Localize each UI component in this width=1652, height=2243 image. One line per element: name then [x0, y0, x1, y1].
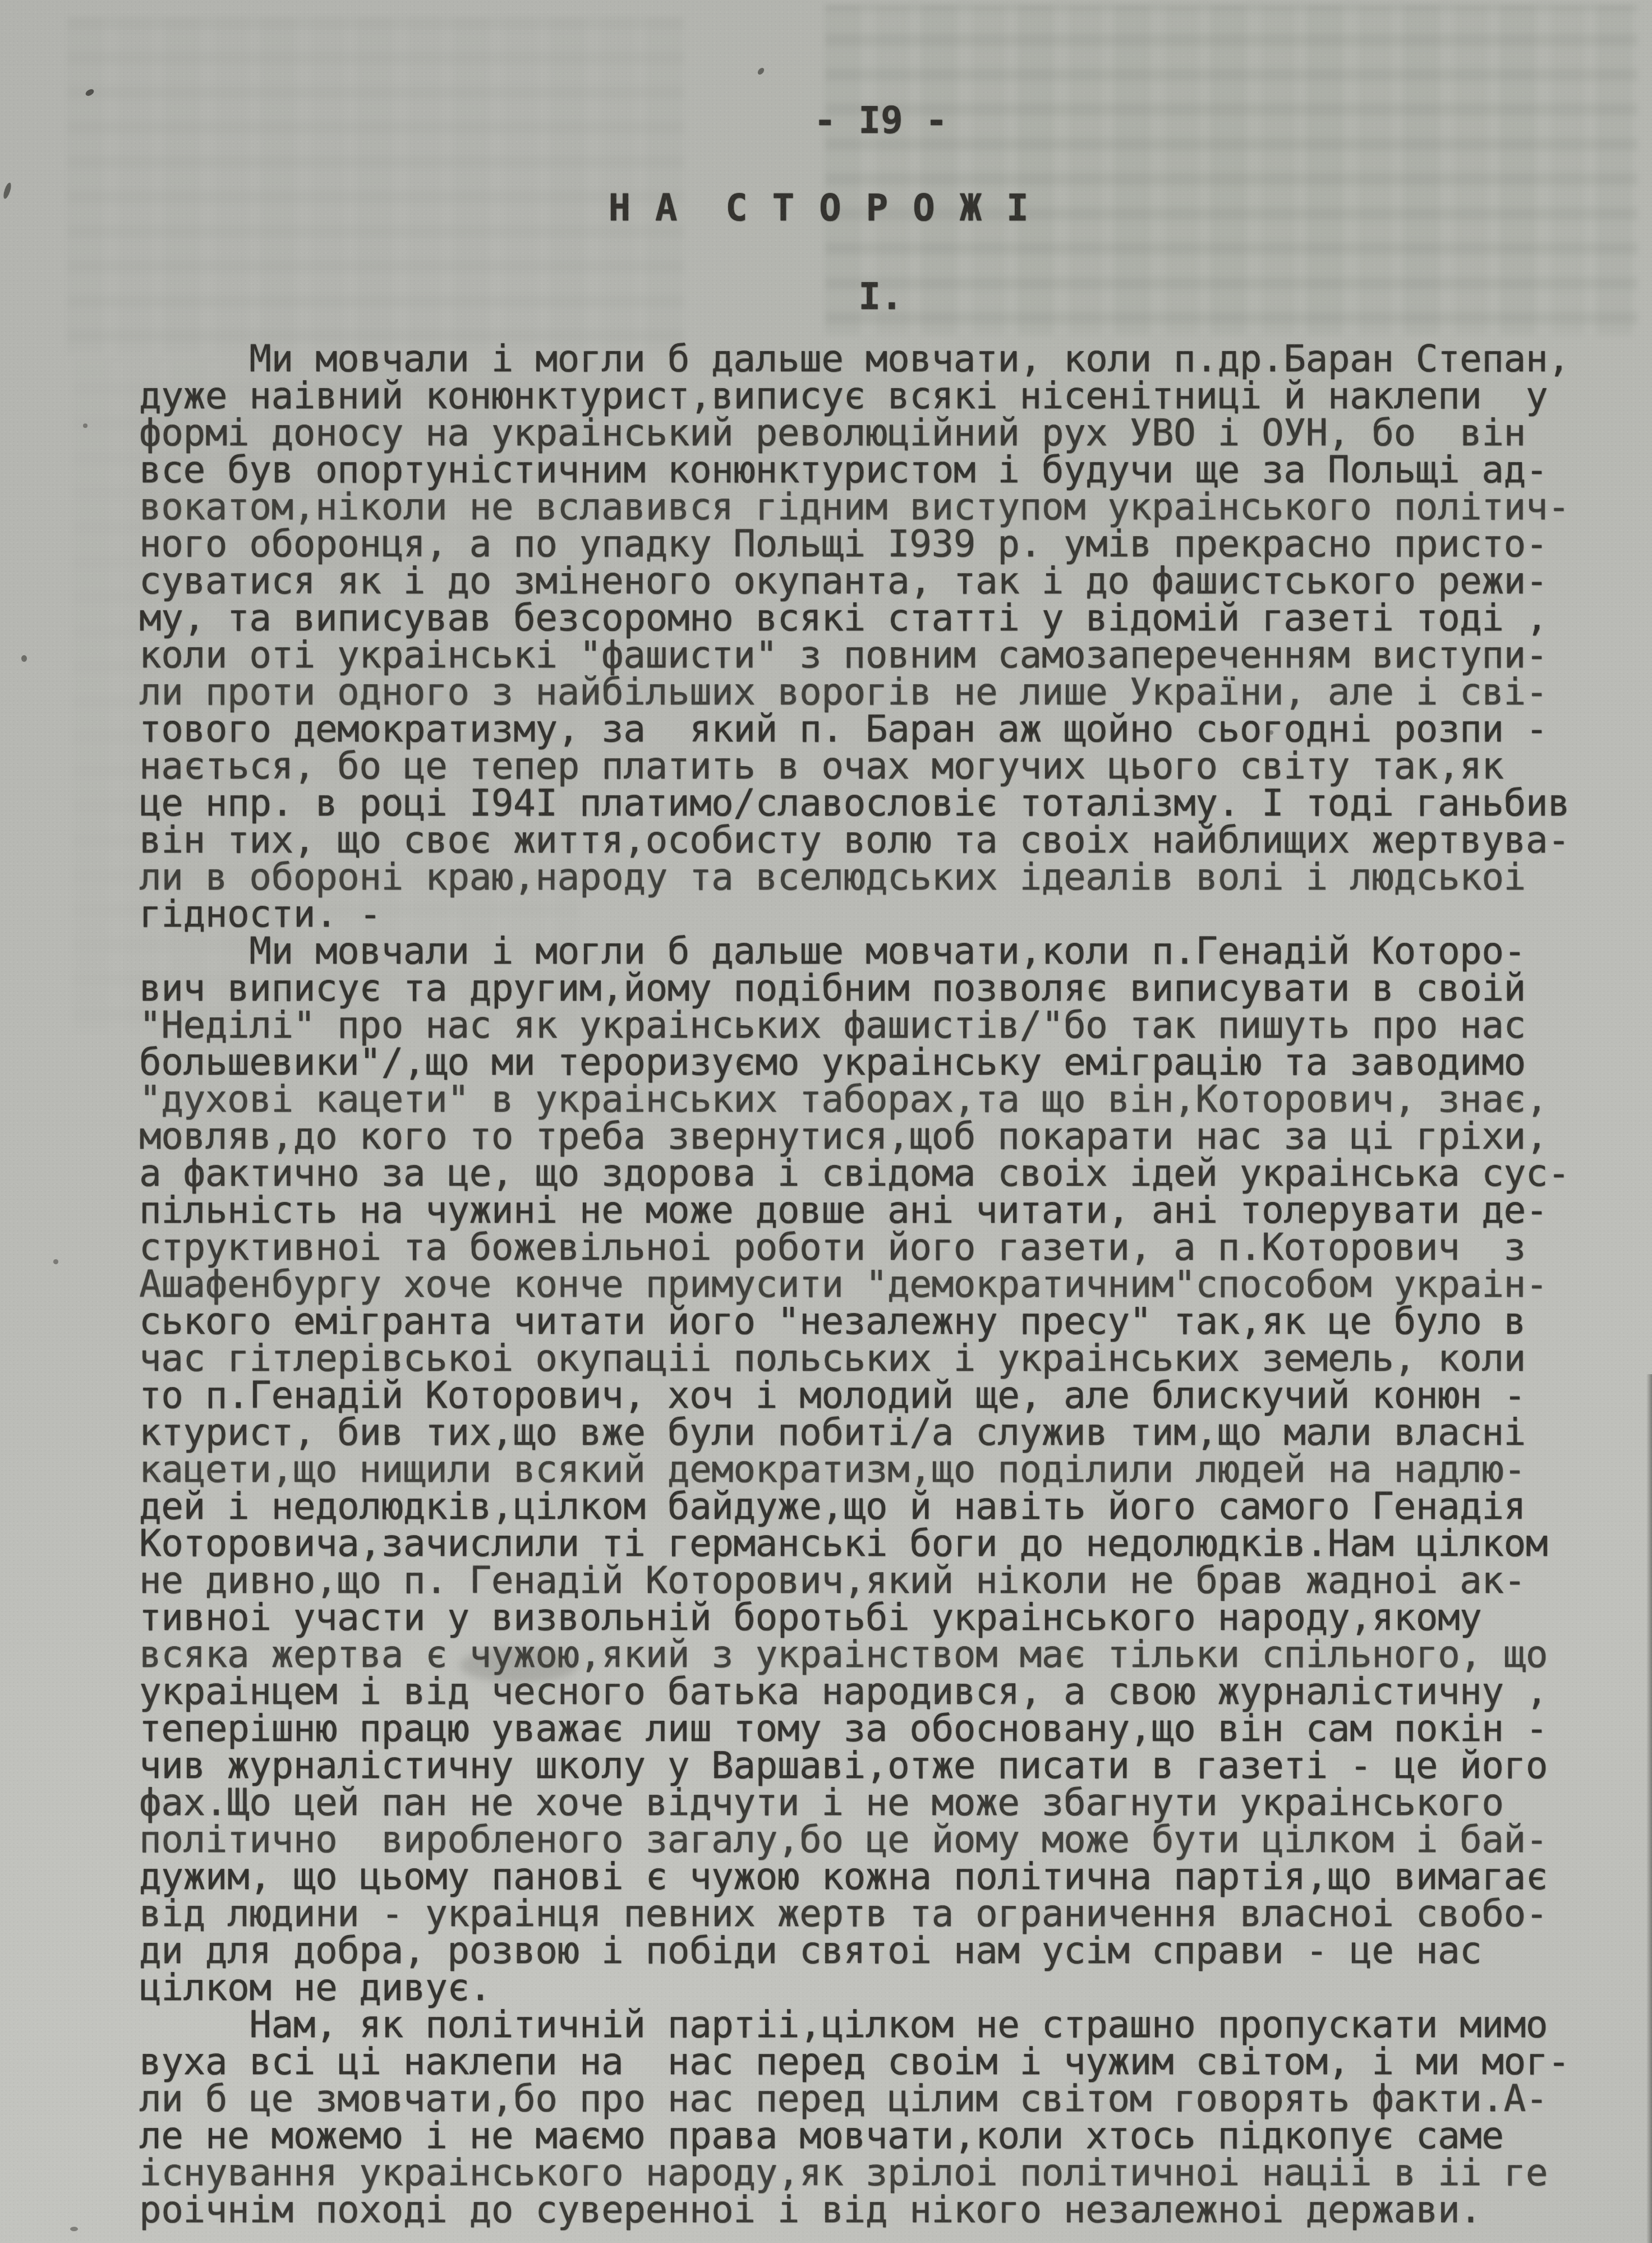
ink-speck: [757, 67, 766, 76]
document-title: Н А С Т О Р О Ж І: [79, 190, 1559, 227]
ink-speck: [21, 655, 27, 662]
paragraph: Нам, як політичній партіі,цілком не стра…: [139, 2006, 1631, 2228]
text-line: "духові кацети" в украінських таборах,та…: [139, 1081, 1631, 1118]
text-line: ди для добра, розвою і побіди святоі нам…: [139, 1932, 1631, 1969]
paragraph: Ми мовчали і могли б дальше мовчати,коли…: [139, 933, 1631, 2006]
text-line: цілком не дивує.: [139, 1969, 1631, 2006]
text-line: не дивно,що п. Генадій Которович,який ні…: [139, 1562, 1631, 1599]
text-line: дуже наівний конюнктурист,виписує всякі …: [139, 377, 1631, 414]
text-line: ли б це змовчати,бо про нас перед цілим …: [139, 2080, 1631, 2117]
text-line: Ми мовчали і могли б дальше мовчати,коли…: [139, 933, 1631, 970]
section-number: І.: [140, 278, 1621, 315]
text-line: коли оті украінські "фашисти" з повним с…: [139, 637, 1631, 674]
text-line: існування украінського народу,як зрілоі …: [139, 2154, 1631, 2191]
text-line: дей і недолюдків,цілком байдуже,що й нав…: [139, 1488, 1631, 1525]
text-line: вуха всі ці наклепи на нас перед своім і…: [139, 2043, 1631, 2080]
text-line: він тих, що своє життя,особисту волю та …: [139, 822, 1631, 859]
ink-speck: [2, 182, 13, 200]
page-number: - І9 -: [140, 102, 1621, 139]
text-line: гідности. -: [139, 896, 1631, 933]
paragraph: Ми мовчали і могли б дальше мовчати, кол…: [139, 340, 1631, 933]
text-line: а фактично за це, що здорова і свідома с…: [139, 1155, 1631, 1192]
text-line: тивноі участи у визвольній боротьбі укра…: [139, 1599, 1631, 1636]
text-line: ле не можемо і не маємо права мовчати,ко…: [139, 2117, 1631, 2154]
text-line: ктурист, бив тих,що вже були побиті/а сл…: [139, 1414, 1631, 1451]
text-line: "Неділі" про нас як украінських фашистів…: [139, 1007, 1631, 1044]
ink-speck: [53, 1259, 58, 1264]
text-line: кацети,що нищили всякий демократизм,що п…: [139, 1451, 1631, 1488]
text-line: ного оборонця, а по упадку Польщі І939 р…: [139, 526, 1631, 563]
text-line: Нам, як політичній партіі,цілком не стра…: [139, 2006, 1631, 2043]
text-line: структивноі та божевільноі роботи його г…: [139, 1229, 1631, 1266]
text-line: ського емігранта читати його "незалежну …: [139, 1303, 1631, 1340]
text-line: Ашафенбургу хоче конче примусити "демокр…: [139, 1266, 1631, 1303]
text-line: вокатом,ніколи не вславився гідним висту…: [139, 489, 1631, 526]
text-line: ли в обороні краю,народу та вселюдських …: [139, 859, 1631, 896]
text-line: суватися як і до зміненого окупанта, так…: [139, 563, 1631, 600]
text-line: тового демократизму, за який п. Баран аж…: [139, 711, 1631, 748]
text-line: Которовича,зачислили ті германські боги …: [139, 1525, 1631, 1562]
ink-speck: [70, 2227, 78, 2231]
text-line: мовляв,до кого то треба звернутися,щоб п…: [139, 1118, 1631, 1155]
text-line: пільність на чужині не може довше ані чи…: [139, 1192, 1631, 1229]
text-line: політично виробленого загалу,бо це йому …: [139, 1821, 1631, 1858]
text-line: большевики"/,що ми тероризуємо украінськ…: [139, 1044, 1631, 1081]
text-line: Ми мовчали і могли б дальше мовчати, кол…: [139, 340, 1631, 377]
ink-speck: [85, 88, 95, 98]
text-line: украінцем і від чесного батька народився…: [139, 1673, 1631, 1710]
text-line: дужим, що цьому панові є чужою кожна пол…: [139, 1858, 1631, 1895]
text-line: ли проти одного з найбільших ворогів не …: [139, 674, 1631, 711]
text-line: формі доносу на украінський революційний…: [139, 414, 1631, 452]
text-line: фах.Що цей пан не хоче відчути і не може…: [139, 1784, 1631, 1821]
text-line: від людини - украінця певних жертв та ог…: [139, 1895, 1631, 1932]
text-line: то п.Генадій Которович, хоч і молодий ще…: [139, 1377, 1631, 1414]
scanned-document-page: - І9 - Н А С Т О Р О Ж І І. Ми мовчали і…: [0, 0, 1652, 2243]
text-line: нається, бо це тепер платить в очах могу…: [139, 748, 1631, 785]
text-line: це нпр. в році І94І платимо/славословіє …: [139, 785, 1631, 822]
text-line: вич виписує та другим,йому подібним позв…: [139, 970, 1631, 1007]
text-line: все був опортуністичним конюнктуристом і…: [139, 452, 1631, 489]
scan-edge-shadow: [1646, 1374, 1652, 2243]
text-line: теперішню працю уважає лиш тому за обосн…: [139, 1710, 1631, 1747]
text-line: чив журналістичну школу у Варшаві,отже п…: [139, 1747, 1631, 1784]
ink-speck: [83, 423, 88, 428]
text-line: роічнім поході до суверенноі і від ніког…: [139, 2191, 1631, 2228]
text-line: час гітлерівськоі окупаціі польських і у…: [139, 1340, 1631, 1377]
document-body: Ми мовчали і могли б дальше мовчати, кол…: [139, 340, 1631, 2228]
text-line: му, та виписував безсоромно всякі статті…: [139, 600, 1631, 637]
text-line: всяка жертва є чужою,який з украінством …: [139, 1636, 1631, 1673]
